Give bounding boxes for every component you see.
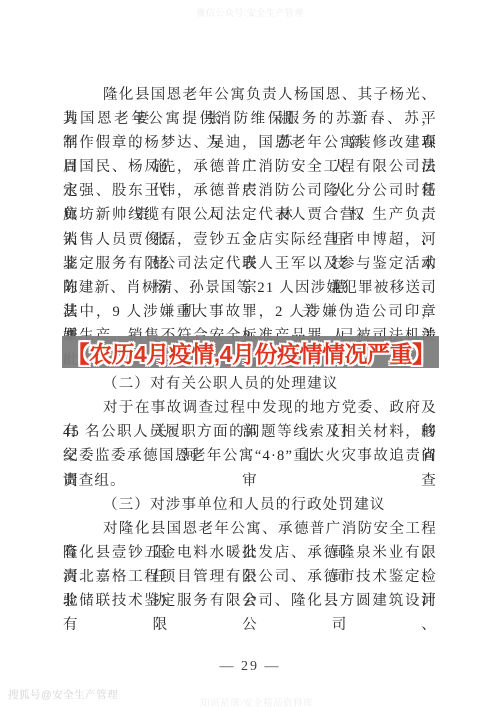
text-line: 对于在事故调查过程中发现的地方党委、政府及有关部门的: [63, 396, 437, 420]
watermark-top: 微信公众号:安全生产管理: [0, 6, 500, 19]
text-line: 纪委监委承德国恩老年公寓“4·8”重大火灾事故追责问责审查: [63, 444, 437, 468]
watermark-bottom-left: 搜狐号@安全生产管理: [8, 687, 118, 702]
text-line: 北储联技术鉴定服务有限公司、隆化县方圆建筑设计有限公司、: [63, 589, 437, 613]
text-line: 对隆化县国恩老年公寓、承德普广消防安全工程有限公司、: [63, 517, 437, 541]
watermark-bottom-center: 知识星球:安全精品资料库: [200, 695, 313, 707]
text-line: 周国民、杨凤先，承德普广消防安全工程有限公司法定代表人葛: [63, 155, 437, 179]
overlay-ad-banner-text: 【农历4月疫情,4月份疫情情况严重】: [67, 336, 435, 369]
text-line: （二）对有关公职人员的处理建议: [63, 372, 437, 396]
text-line: 陈建新、肖树清、孙景国等 21 人因涉嫌犯罪被移送司法机关，: [63, 276, 437, 300]
document-page: 微信公众号:安全生产管理 隆化县国恩老年公寓负责人杨国恩、其子杨光、其妻张淑兰，…: [0, 0, 500, 707]
text-line: 廊坊新帅线缆有限公司法定代表人贾合营、生产负责人张金旺、: [63, 203, 437, 227]
text-line: 隆化县壹钞五金电料水暖批发店、承德隆泉米业有限责任公司、: [63, 541, 437, 565]
text-line: 鉴定服务有限公司法定代表人王军以及参与鉴定活动的杨宗慧、: [63, 252, 437, 276]
text-line: 制作假章的杨梦达、吴迪，国恩老年公寓装修改建项目施工人员: [63, 131, 437, 155]
text-line: 其中，9 人涉嫌重大事故罪，2 人涉嫌伪造公司印章罪，2 人涉: [63, 300, 437, 324]
text-line: 销售人员贾俊磊，壹钞五金店实际经营者申博超，河北储联技术: [63, 228, 437, 252]
text-line: 为国恩老年公寓提供消防维保服务的苏新春、苏平军，为苏新春: [63, 107, 437, 131]
text-line: （三）对涉事单位和人员的行政处罚建议: [63, 493, 437, 517]
text-line: 河北嘉格工程项目管理有限公司、承德市技术鉴定检验协会、河: [63, 565, 437, 589]
text-line: 隆化县国恩老年公寓负责人杨国恩、其子杨光、其妻张淑兰，: [63, 83, 437, 107]
text-line: 永强、股东王伟，承德普广消防公司隆化分公司时任负责人林权，: [63, 179, 437, 203]
overlay-ad-banner[interactable]: 【农历4月疫情,4月份疫情情况严重】: [62, 336, 439, 368]
text-line: 45 名公职人员履职方面的问题等线索及相关材料，移交河北省: [63, 420, 437, 444]
page-number: — 29 —: [0, 659, 500, 675]
